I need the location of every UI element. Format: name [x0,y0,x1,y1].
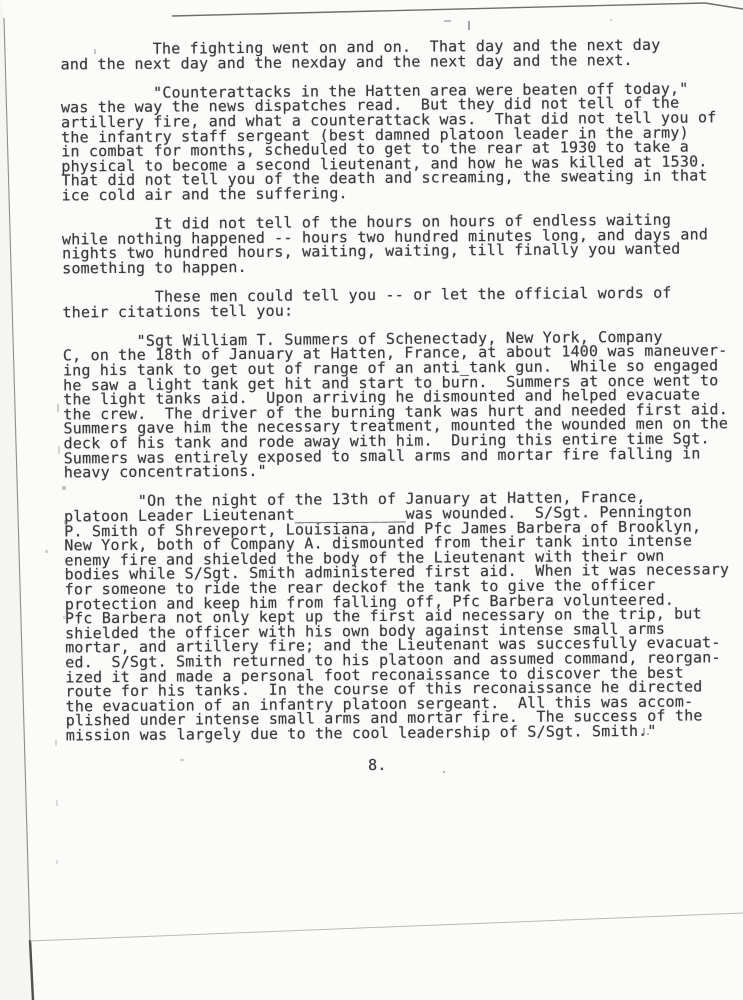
ink-speck [56,800,58,806]
paragraph-fighting-went-on: The fighting went on and on. That day an… [60,37,739,72]
paragraph-counterattacks-hatten: "Counterattacks in the Hatten area were … [61,81,741,203]
ink-speck [56,860,58,864]
paragraph-citation-smith-barbera: "On the night of the 13th of January at … [64,489,743,742]
paragraph-endless-waiting: It did not tell of the hours on hours of… [62,212,741,276]
scanned-document-page: The fighting went on and on. That day an… [0,0,743,1000]
page-edge-bottom [30,913,743,941]
page-edge-left-lower [30,940,33,1000]
paragraph-citations-intro: These men could tell you -- or let the o… [62,285,741,320]
paragraph-citation-sgt-summers: "Sgt William T. Summers of Schenectady, … [63,329,743,480]
page-number: 8. [368,755,743,773]
typewritten-text-block: The fighting went on and on. That day an… [0,0,743,775]
